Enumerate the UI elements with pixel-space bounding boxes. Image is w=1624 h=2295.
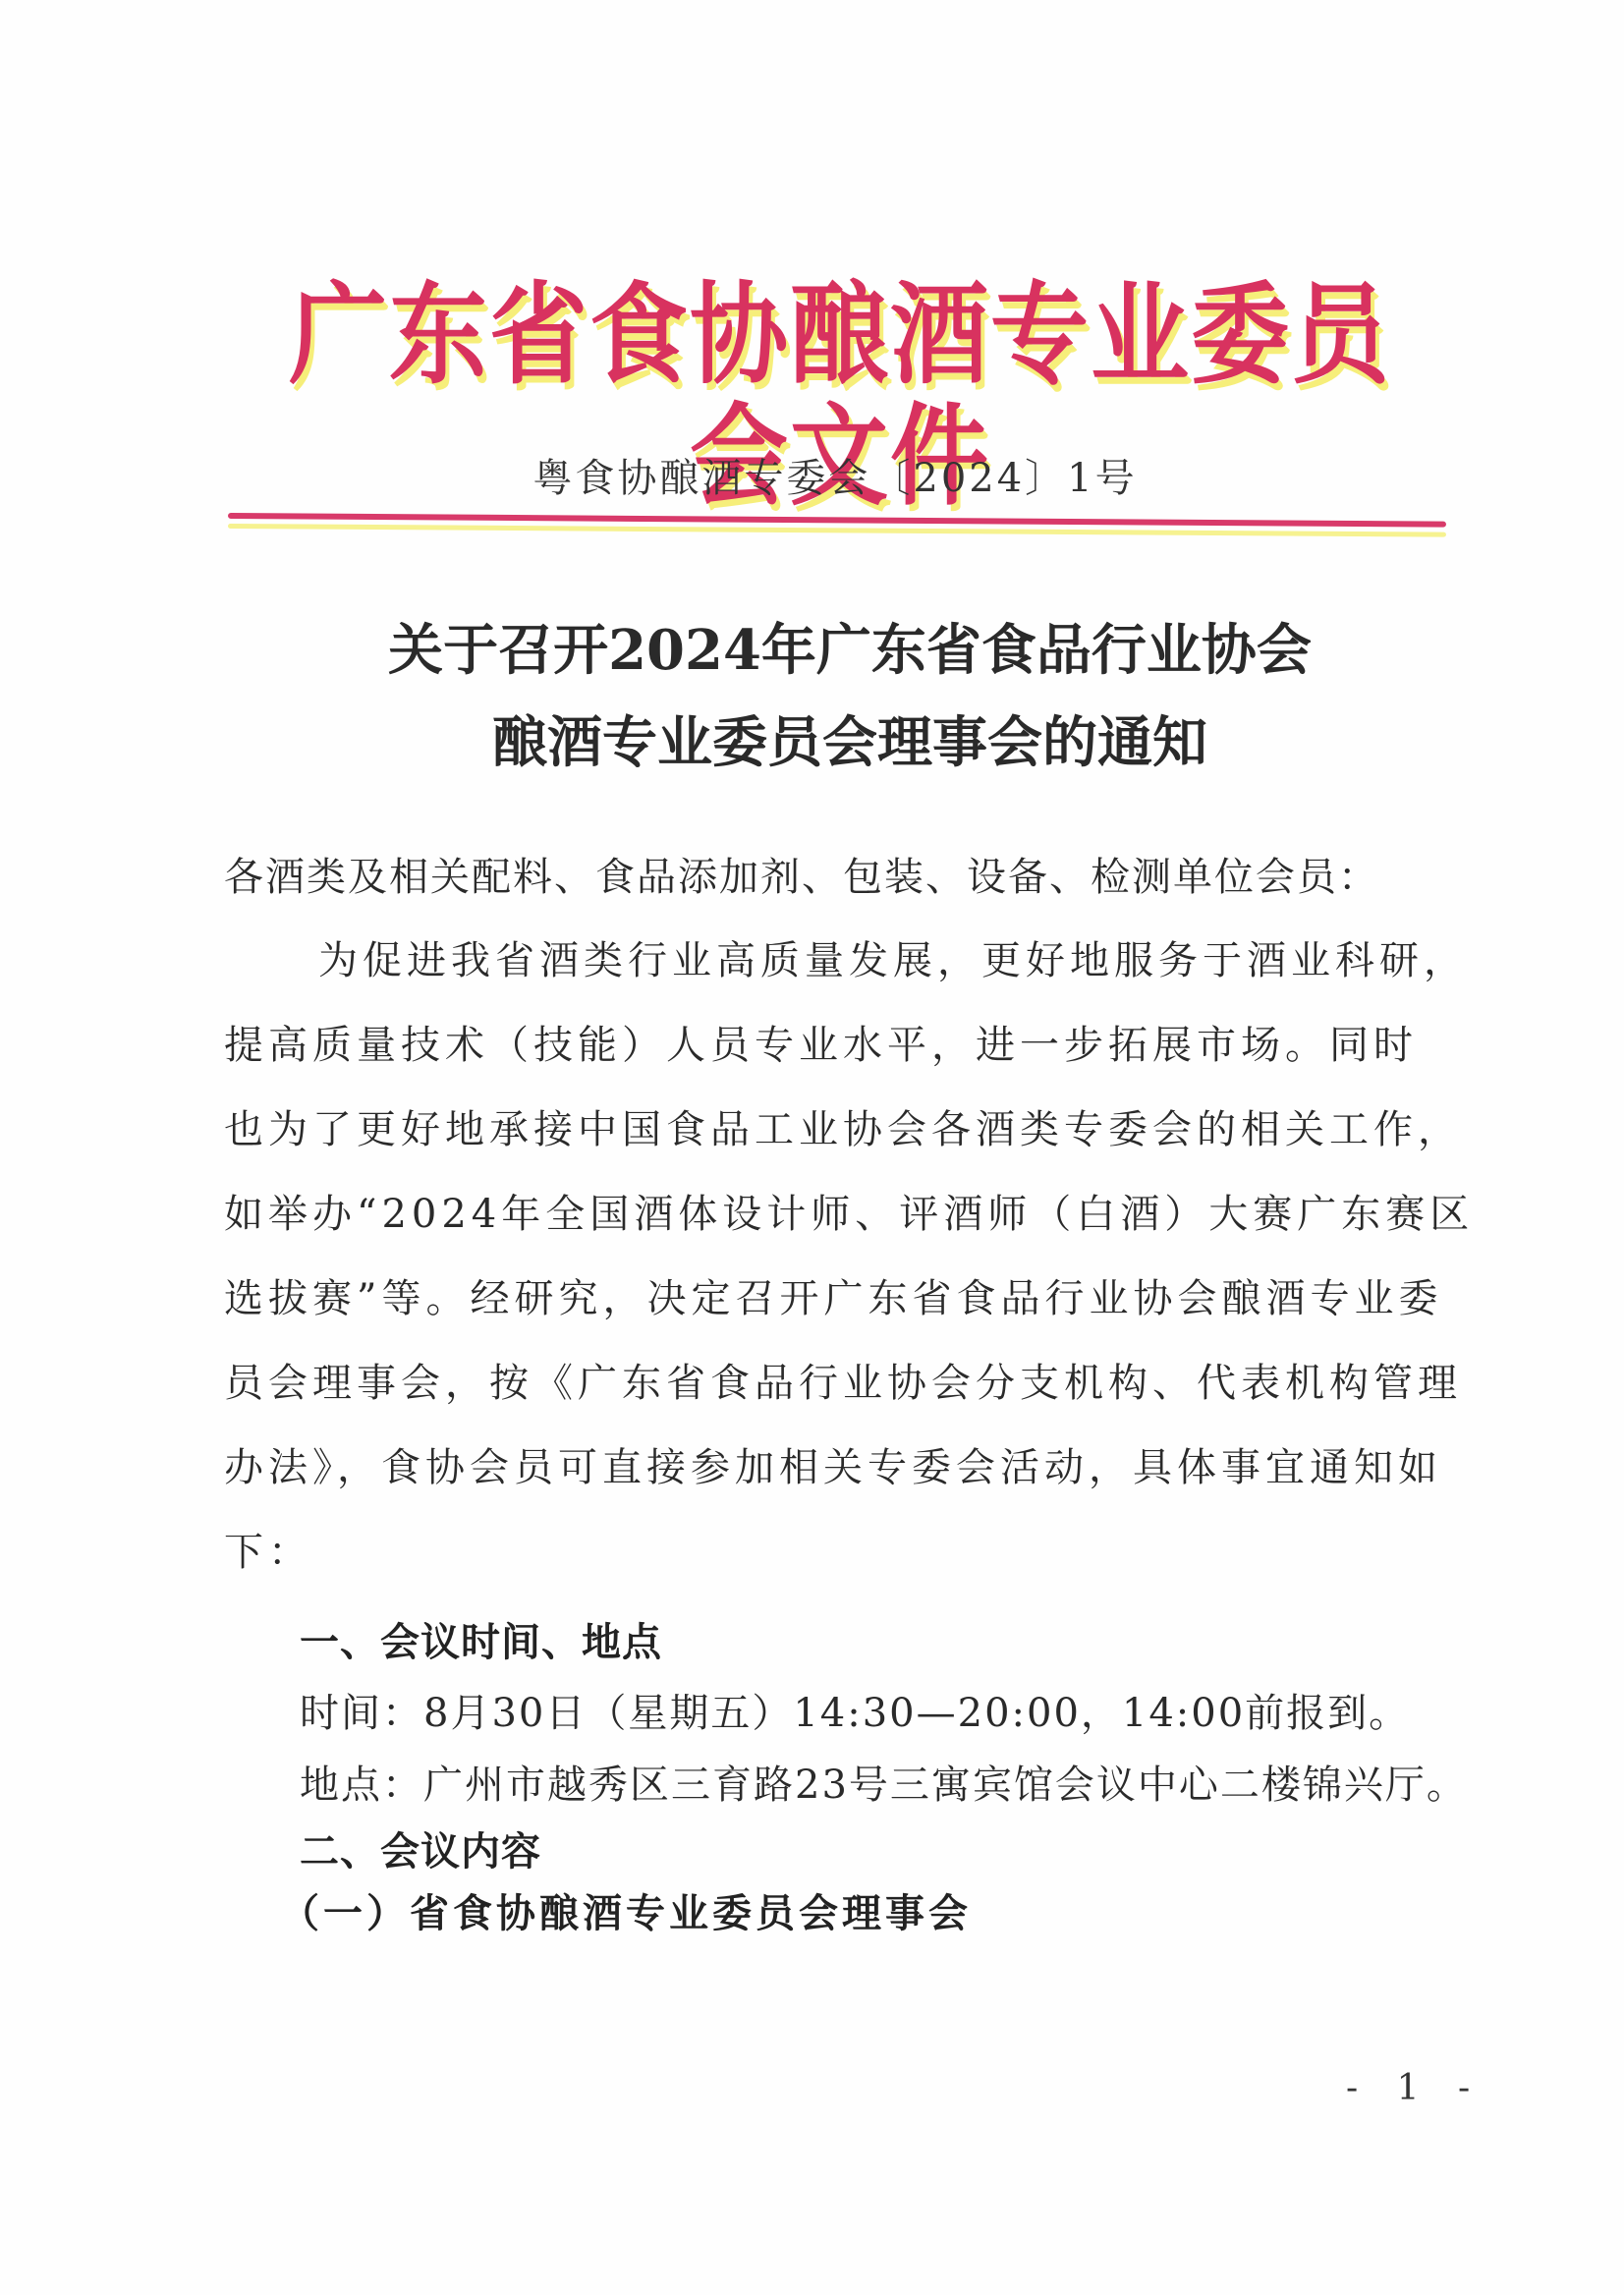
paragraph-line: 也为了更好地承接中国食品工业协会各酒类专委会的相关工作， <box>224 1088 1472 1172</box>
paragraph-line: 为促进我省酒类行业高质量发展，更好地服务于酒业科研， <box>224 919 1472 1003</box>
subsection-heading-council: （一）省食协酿酒专业委员会理事会 <box>280 1882 972 1938</box>
body-paragraph: 为促进我省酒类行业高质量发展，更好地服务于酒业科研， 提高质量技术（技能）人员专… <box>224 919 1472 1595</box>
section-heading-time-place: 一、会议时间、地点 <box>300 1611 662 1667</box>
meeting-time: 时间：8月30日（星期五）14:30—20:00，14:00前报到。 <box>300 1682 1410 1738</box>
addressee: 各酒类及相关配料、食品添加剂、包装、设备、检测单位会员： <box>224 835 1472 920</box>
notice-title-line-2: 酿酒专业委员会理事会的通知 <box>295 697 1405 789</box>
meeting-place: 地点：广州市越秀区三育路23号三寓宾馆会议中心二楼锦兴厅。 <box>300 1754 1468 1810</box>
document-number: 粤食协酿酒专委会〔2024〕1号 <box>196 447 1474 503</box>
notice-title-line-1: 关于召开2024年广东省食品行业协会 <box>295 604 1405 697</box>
paragraph-line: 如举办“2024年全国酒体设计师、评酒师（白酒）大赛广东赛区 <box>224 1172 1472 1257</box>
paragraph-line: 选拔赛”等。经研究，决定召开广东省食品行业协会酿酒专业委 <box>224 1257 1472 1341</box>
paragraph-line: 提高质量技术（技能）人员专业水平，进一步拓展市场。同时 <box>224 1003 1472 1088</box>
paragraph-line: 办法》，食协会员可直接参加相关专委会活动，具体事宜通知如 <box>224 1426 1472 1510</box>
paragraph-line: 员会理事会，按《广东省食品行业协会分支机构、代表机构管理 <box>224 1341 1472 1426</box>
page-number: - 1 - <box>1346 2068 1484 2108</box>
document-page: 广东省食协酿酒专业委员会文件 粤食协酿酒专委会〔2024〕1号 关于召开2024… <box>0 0 1624 2295</box>
paragraph-line: 下： <box>224 1510 1472 1595</box>
notice-title: 关于召开2024年广东省食品行业协会 酿酒专业委员会理事会的通知 <box>295 604 1405 789</box>
section-heading-content: 二、会议内容 <box>300 1820 541 1876</box>
